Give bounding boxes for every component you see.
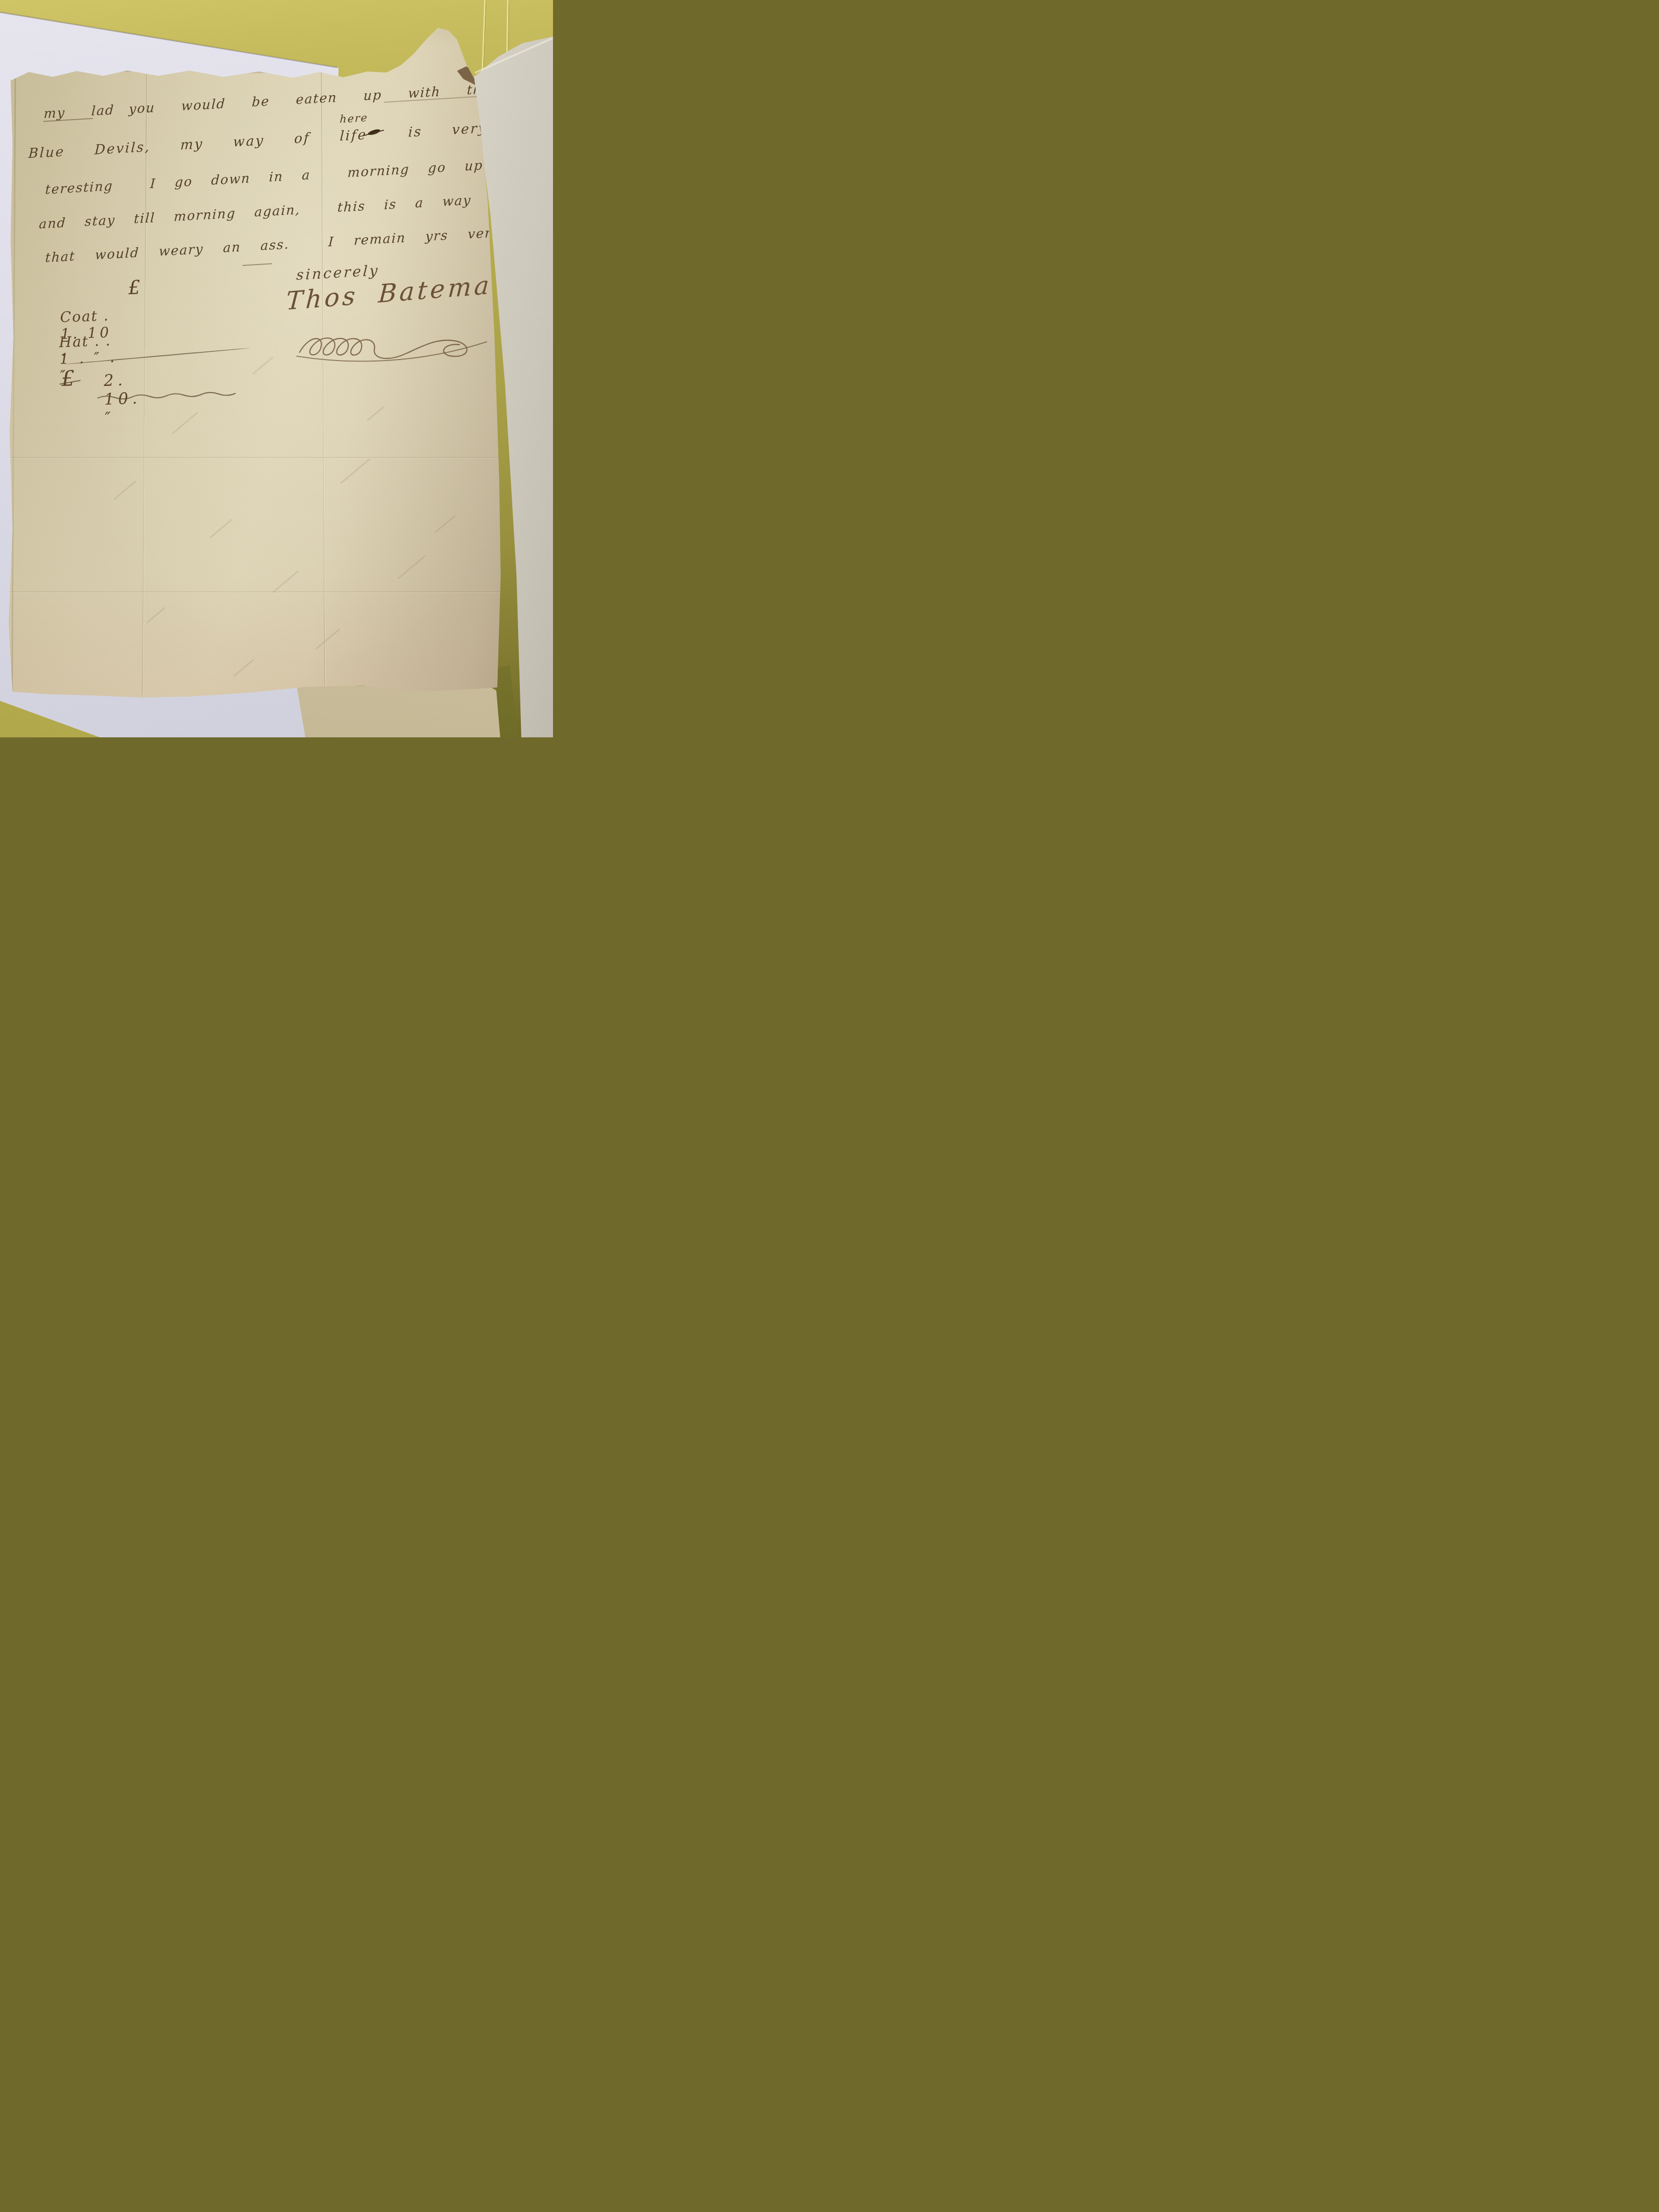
signature-flourish bbox=[294, 328, 495, 367]
deckled-left-edge bbox=[12, 77, 16, 691]
bleedthrough-mark bbox=[113, 481, 136, 500]
cost-label: Hat . . bbox=[59, 332, 120, 351]
bleedthrough-mark bbox=[171, 412, 198, 434]
letter-line-3: teresting I go down in a morning go up a… bbox=[45, 152, 553, 197]
total-currency-symbol: £ bbox=[61, 366, 75, 391]
line-text: that would weary an bbox=[45, 239, 261, 265]
bleedthrough-mark bbox=[315, 628, 340, 649]
currency-header: £ bbox=[128, 276, 141, 299]
bleedthrough-mark bbox=[146, 607, 166, 623]
underlined-word: ass. bbox=[260, 237, 290, 254]
bleedthrough-mark bbox=[367, 406, 384, 421]
fold-crease-horizontal-lower bbox=[10, 591, 500, 592]
underline-ass bbox=[242, 263, 272, 266]
photo-canvas: my ladyou would be eaten up with the Blu… bbox=[0, 0, 553, 737]
cost-label: Coat . bbox=[60, 307, 122, 326]
line-text: Blue Devils, my way of life bbox=[28, 127, 367, 162]
letter-line-4: and stay till morning again, this is a w… bbox=[38, 189, 548, 232]
fold-crease-horizontal-upper bbox=[10, 457, 499, 458]
gap bbox=[367, 137, 408, 139]
interlinear-insertion: here bbox=[339, 112, 368, 125]
letter-line-5: that would weary an ass. I remain yrs ve… bbox=[45, 225, 500, 265]
letter-line-1: my ladyou would be eaten up with the bbox=[43, 82, 491, 121]
bleedthrough-mark bbox=[252, 357, 273, 375]
bleedthrough-mark bbox=[233, 659, 254, 677]
fold-crease-vertical-left bbox=[142, 72, 147, 697]
letter-page: my ladyou would be eaten up with the Blu… bbox=[0, 0, 553, 737]
bleedthrough-mark bbox=[272, 570, 299, 593]
bleedthrough-mark bbox=[340, 458, 370, 484]
letter-line-2: Blue Devils, my way of lifeis very uninh… bbox=[28, 116, 553, 161]
bleedthrough-mark bbox=[209, 519, 232, 539]
bleedthrough-mark bbox=[397, 555, 426, 579]
bleedthrough-mark bbox=[434, 515, 456, 533]
line-text: I remain yrs very bbox=[289, 225, 500, 252]
fold-crease-vertical-right bbox=[321, 71, 325, 695]
